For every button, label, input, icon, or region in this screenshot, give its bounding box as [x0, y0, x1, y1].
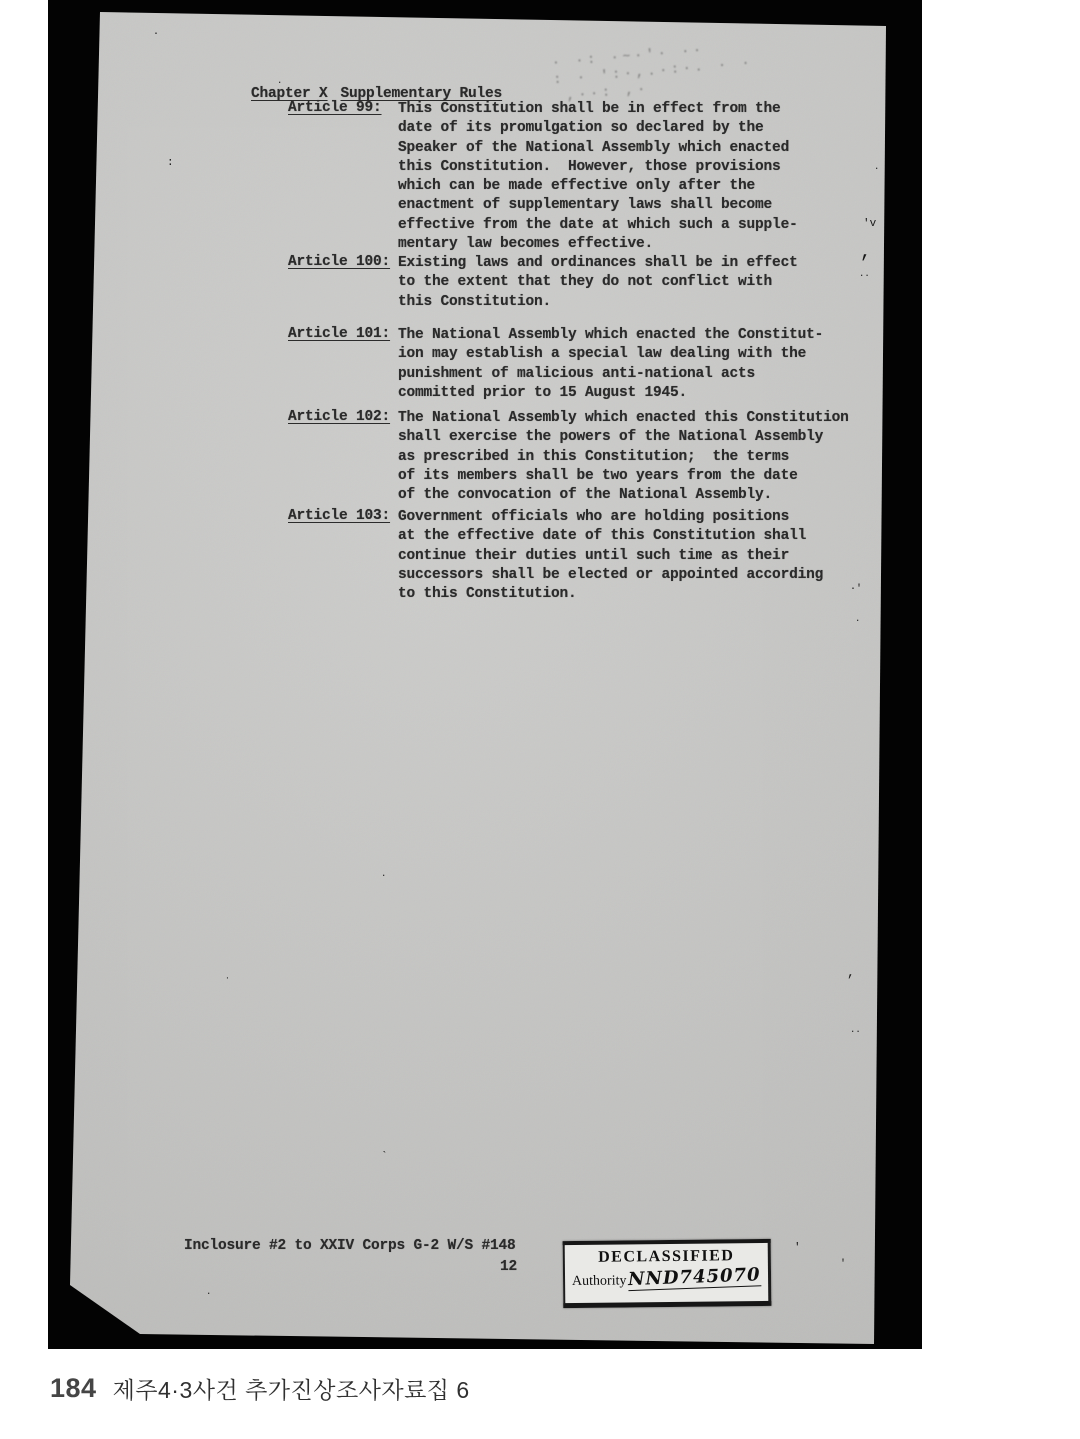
article-text-line: committed prior to 15 August 1945.: [398, 384, 823, 403]
article-text-line: this Constitution.: [398, 293, 798, 312]
ink-speck: .: [153, 28, 159, 38]
ink-speck: ·: [874, 165, 879, 174]
article-text: This Constitution shall be in effect fro…: [398, 100, 798, 254]
ink-speck: ·: [225, 975, 230, 983]
ink-speck: ··: [859, 272, 870, 281]
declassified-stamp: DECLASSIFIED AuthorityNND745070: [563, 1239, 772, 1308]
article-text: Government officials who are holding pos…: [398, 508, 823, 604]
ink-speck: ·: [855, 617, 860, 626]
ink-speck: .: [206, 1288, 211, 1297]
ink-speck: .: [737, 142, 742, 151]
article-text-line: which can be made effective only after t…: [398, 177, 798, 196]
article-label: Article 101:: [288, 326, 390, 342]
article-text-line: shall exercise the powers of the Nationa…: [398, 428, 849, 447]
ink-speck: ': [794, 1243, 801, 1254]
article-text-line: mentary law becomes effective.: [398, 235, 798, 254]
article-label: Article 99:: [288, 100, 382, 116]
ink-smudge: · ·: ·~·'· ·· : · ':·,.·:·. · · ,··: ,·: [551, 30, 834, 105]
stamp-title: DECLASSIFIED: [565, 1247, 768, 1267]
book-caption-text: 제주4·3사건 추가진상조사자료집 6: [113, 1372, 470, 1405]
article-text-line: as prescribed in this Constitution; the …: [398, 448, 849, 467]
article-text-line: of its members shall be two years from t…: [398, 467, 849, 486]
article-text-line: successors shall be elected or appointed…: [398, 566, 823, 585]
book-page-number: 184: [50, 1373, 97, 1404]
inclosure-line: Inclosure #2 to XXIV Corps G-2 W/S #148: [184, 1238, 516, 1254]
document-page-number: 12: [500, 1259, 517, 1275]
article-text: Existing laws and ordinances shall be in…: [398, 254, 798, 312]
article-text-line: Existing laws and ordinances shall be in…: [398, 254, 798, 273]
article-text: The National Assembly which enacted this…: [398, 409, 849, 505]
ink-speck: 'v: [863, 219, 876, 230]
article-text-line: Government officials who are holding pos…: [398, 508, 823, 527]
article-label: Article 103:: [288, 508, 390, 524]
book-caption-row: 184 제주4·3사건 추가진상조사자료집 6: [50, 1368, 950, 1408]
article-text-line: of the convocation of the National Assem…: [398, 486, 849, 505]
article-text-line: ion may establish a special law dealing …: [398, 345, 823, 364]
ink-speck: ··: [850, 1028, 861, 1037]
article-label: Article 100:: [288, 254, 390, 270]
ink-speck: ·: [277, 79, 282, 88]
paper-sheet: Chapter XSupplementary Rules · ·: ·~·'· …: [48, 0, 922, 1349]
article-text-line: effective from the date at which such a …: [398, 216, 798, 235]
ink-speck: `: [381, 1152, 388, 1163]
article-text-line: enactment of supplementary laws shall be…: [398, 196, 798, 215]
book-page: Chapter XSupplementary Rules · ·: ·~·'· …: [0, 0, 1080, 1439]
ink-speck: ,: [847, 966, 855, 979]
article-text-line: date of its promulgation so declared by …: [398, 119, 798, 138]
article-text-line: this Constitution. However, those provis…: [398, 158, 798, 177]
article-text-line: at the effective date of this Constituti…: [398, 527, 823, 546]
article-text-line: punishment of malicious anti-national ac…: [398, 365, 823, 384]
article-text-line: The National Assembly which enacted the …: [398, 326, 823, 345]
stamp-authority-label: Authority: [572, 1273, 627, 1289]
stamp-authority-number: NND745070: [628, 1264, 761, 1291]
article-label: Article 102:: [288, 409, 390, 425]
article-text-line: to this Constitution.: [398, 585, 823, 604]
ink-speck: ,: [860, 243, 871, 262]
ink-speck: ': [840, 1260, 846, 1270]
ink-speck: :: [167, 158, 174, 169]
article-text-line: to the extent that they do not conflict …: [398, 273, 798, 292]
article-text: The National Assembly which enacted the …: [398, 326, 823, 403]
article-text-line: continue their duties until such time as…: [398, 547, 823, 566]
ink-speck: ·: [381, 872, 386, 881]
article-text-line: This Constitution shall be in effect fro…: [398, 100, 798, 119]
scanned-document-area: Chapter XSupplementary Rules · ·: ·~·'· …: [48, 0, 922, 1349]
article-text-line: The National Assembly which enacted this…: [398, 409, 849, 428]
stamp-authority-line: AuthorityNND745070: [565, 1267, 768, 1291]
ink-speck: ·': [850, 585, 862, 595]
